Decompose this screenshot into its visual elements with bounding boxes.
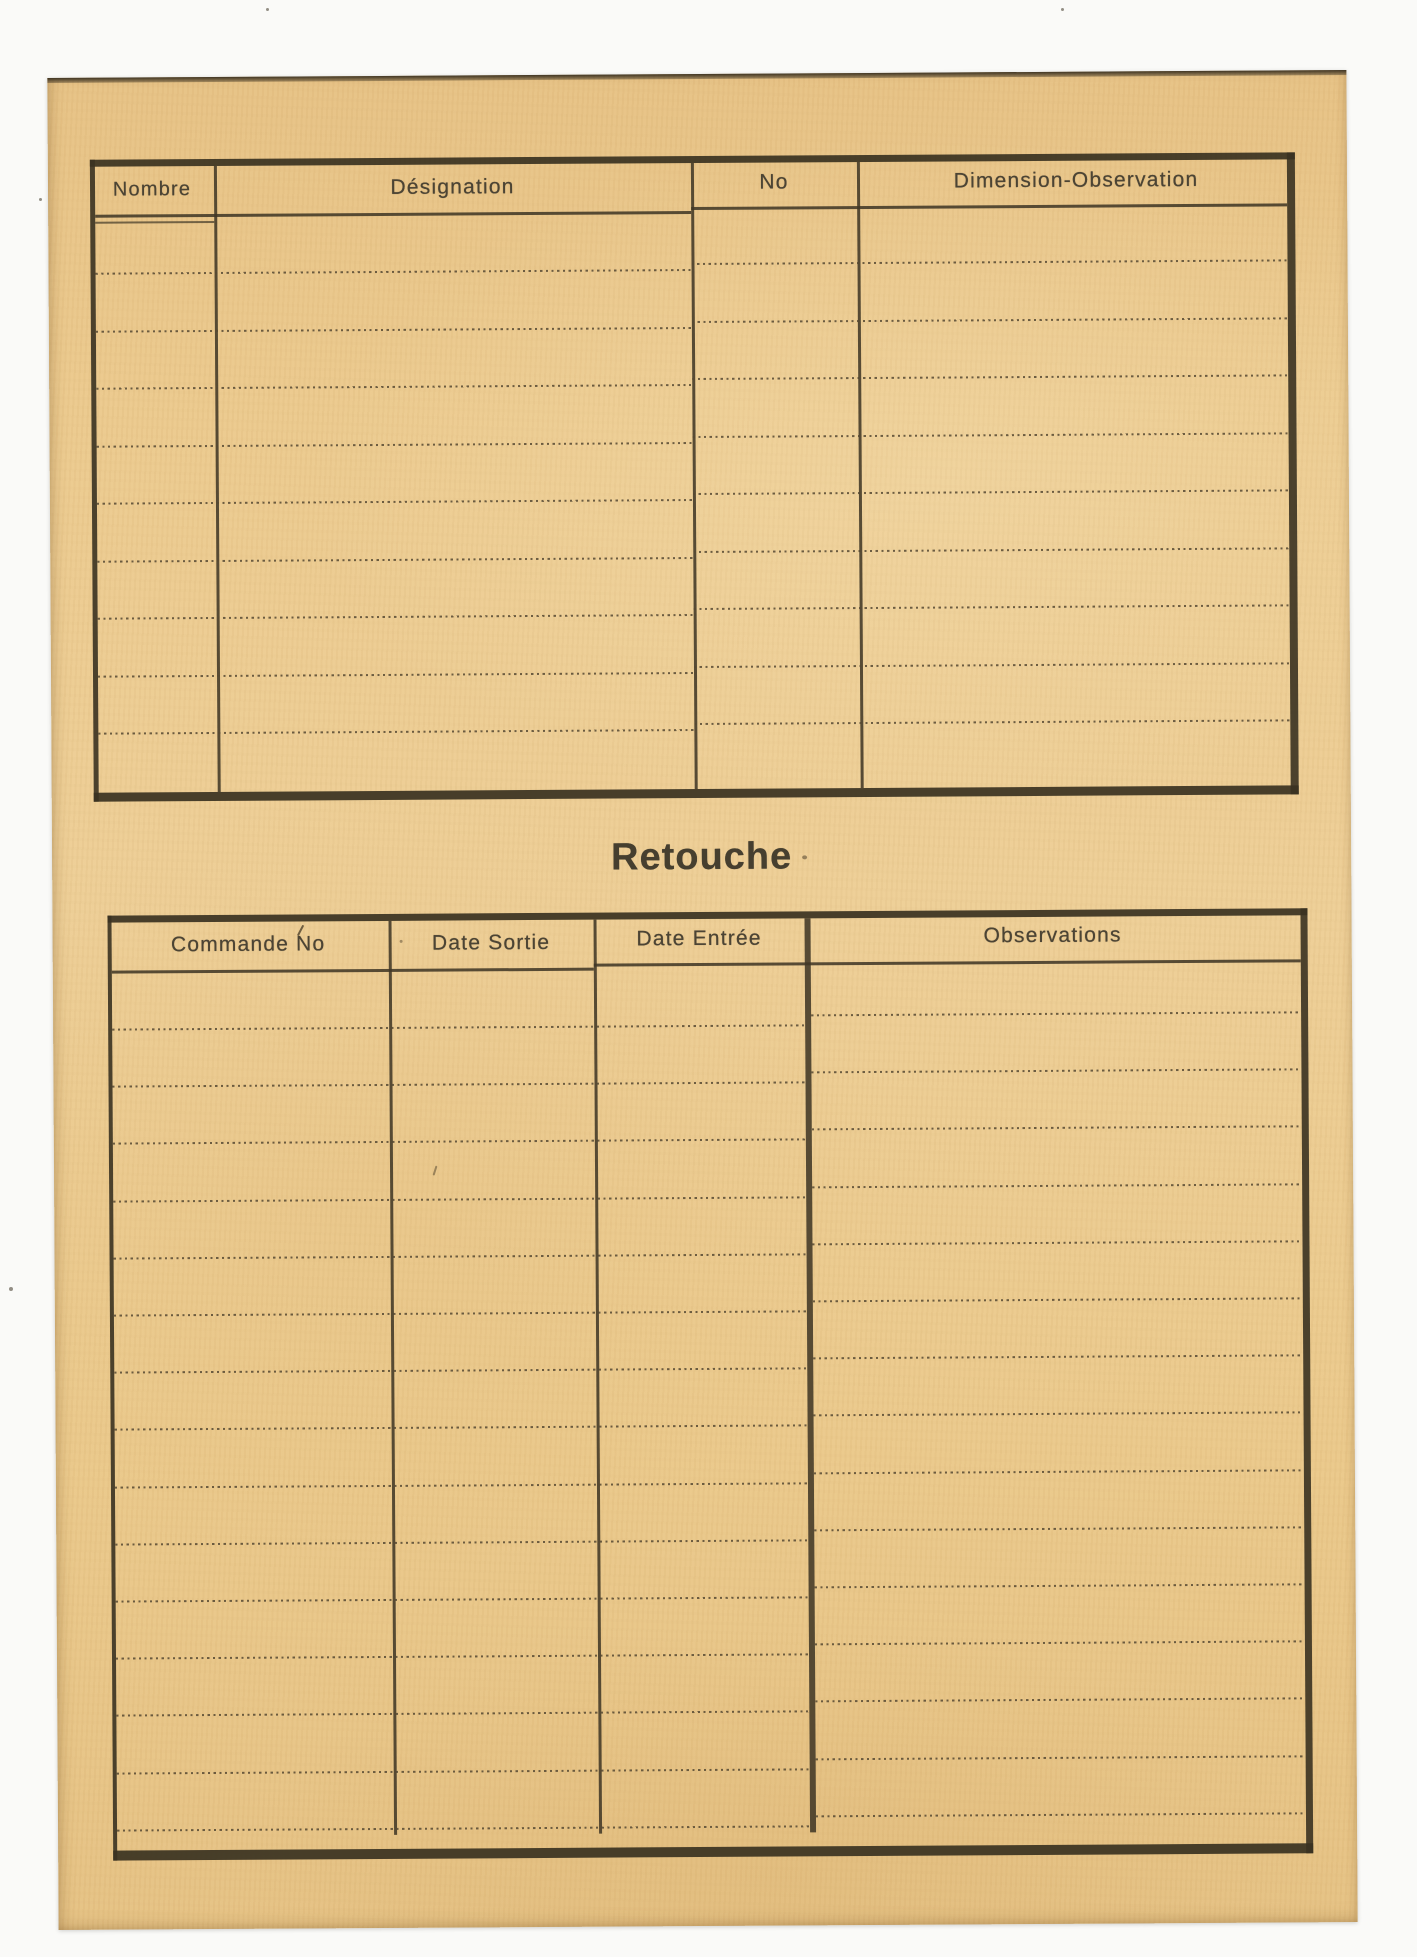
column-header-designation: Désignation: [214, 170, 691, 205]
column-separator: [857, 162, 864, 788]
table-border: [90, 160, 99, 802]
column-header-dimension: Dimension-Observation: [857, 163, 1295, 198]
ruled-line: [693, 547, 1289, 553]
ruled-line: [816, 1755, 1306, 1760]
column-header-date-entree: Date Entrée: [594, 922, 805, 955]
ruled-line: [116, 1596, 809, 1602]
ruled-line: [113, 1196, 806, 1202]
paper-card: Nombre Désignation No Dimension-Observat…: [47, 70, 1357, 1930]
ruled-line: [811, 1011, 1301, 1016]
ruled-line: [815, 1583, 1305, 1588]
column-header-commande: Commande No: [108, 928, 389, 962]
ruled-line: [812, 1125, 1302, 1130]
ruled-line: [693, 489, 1289, 495]
dust-speck: [39, 198, 42, 201]
section-title: Retouche: [52, 832, 1351, 883]
ruled-line: [812, 1240, 1302, 1245]
ruled-line: [115, 1424, 808, 1430]
column-separator: [389, 921, 398, 1835]
ruled-line: [113, 1081, 806, 1087]
ruled-line: [97, 557, 693, 563]
ruled-line: [694, 604, 1290, 610]
ruled-line: [693, 432, 1289, 438]
bottom-table: Commande No Date Sortie Date Entrée Obse…: [107, 908, 1313, 1860]
table-border: [1287, 152, 1299, 794]
table-border: [113, 1843, 1313, 1860]
ruled-line: [112, 1024, 805, 1030]
ruled-line: [117, 1825, 810, 1831]
ruled-line: [97, 499, 693, 505]
ruled-line: [692, 317, 1288, 323]
ruled-line: [97, 442, 693, 448]
column-separator: [805, 918, 817, 1832]
ruled-line: [96, 327, 692, 333]
ruled-line: [98, 614, 694, 620]
ruled-line: [692, 374, 1288, 380]
header-underline: [95, 211, 691, 218]
scan-page: { "colors": { "background": "#fafaf8", "…: [0, 0, 1417, 1957]
column-header-nombre: Nombre: [90, 173, 214, 206]
ruled-line: [814, 1469, 1304, 1474]
ruled-line: [814, 1526, 1304, 1531]
dust-speck: [266, 8, 269, 11]
ruled-line: [98, 729, 694, 735]
ruled-line: [815, 1640, 1305, 1645]
ruled-line: [114, 1253, 807, 1259]
column-separator: [691, 163, 698, 789]
ruled-line: [811, 1068, 1301, 1073]
table-border: [1300, 908, 1313, 1853]
ruled-line: [813, 1354, 1303, 1359]
ruled-line: [814, 1411, 1304, 1416]
ruled-line: [816, 1812, 1306, 1817]
ruled-line: [98, 672, 694, 678]
ruled-line: [694, 719, 1290, 725]
ruled-line: [813, 1297, 1303, 1302]
stray-mark: [802, 855, 807, 859]
column-separator: [594, 920, 603, 1834]
ruled-line: [114, 1367, 807, 1373]
ruled-line: [815, 1697, 1305, 1702]
stray-mark: [400, 940, 403, 943]
ruled-line: [691, 259, 1287, 265]
header-underline-double: [95, 221, 214, 224]
column-header-date-sortie: Date Sortie: [389, 927, 594, 960]
ruled-line: [116, 1653, 809, 1659]
dust-speck: [9, 1287, 13, 1291]
column-header-no: No: [691, 166, 857, 199]
table-border: [107, 916, 117, 1861]
ruled-line: [115, 1482, 808, 1488]
ruled-line: [694, 662, 1290, 668]
ruled-line: [115, 1539, 808, 1545]
dust-speck: [1061, 8, 1064, 11]
ruled-line: [96, 269, 692, 275]
top-table: Nombre Désignation No Dimension-Observat…: [90, 152, 1299, 801]
ruled-line: [116, 1710, 809, 1716]
ruled-line: [117, 1768, 810, 1774]
header-underline: [112, 968, 594, 974]
ruled-line: [96, 384, 692, 390]
column-separator: [214, 166, 221, 792]
ruled-line: [114, 1310, 807, 1316]
header-underline: [691, 203, 1287, 210]
column-header-observations: Observations: [805, 918, 1301, 953]
header-underline: [594, 959, 1301, 966]
ruled-line: [812, 1183, 1302, 1188]
card-top-edge-shadow: [47, 70, 1346, 83]
ruled-line: [113, 1138, 806, 1144]
